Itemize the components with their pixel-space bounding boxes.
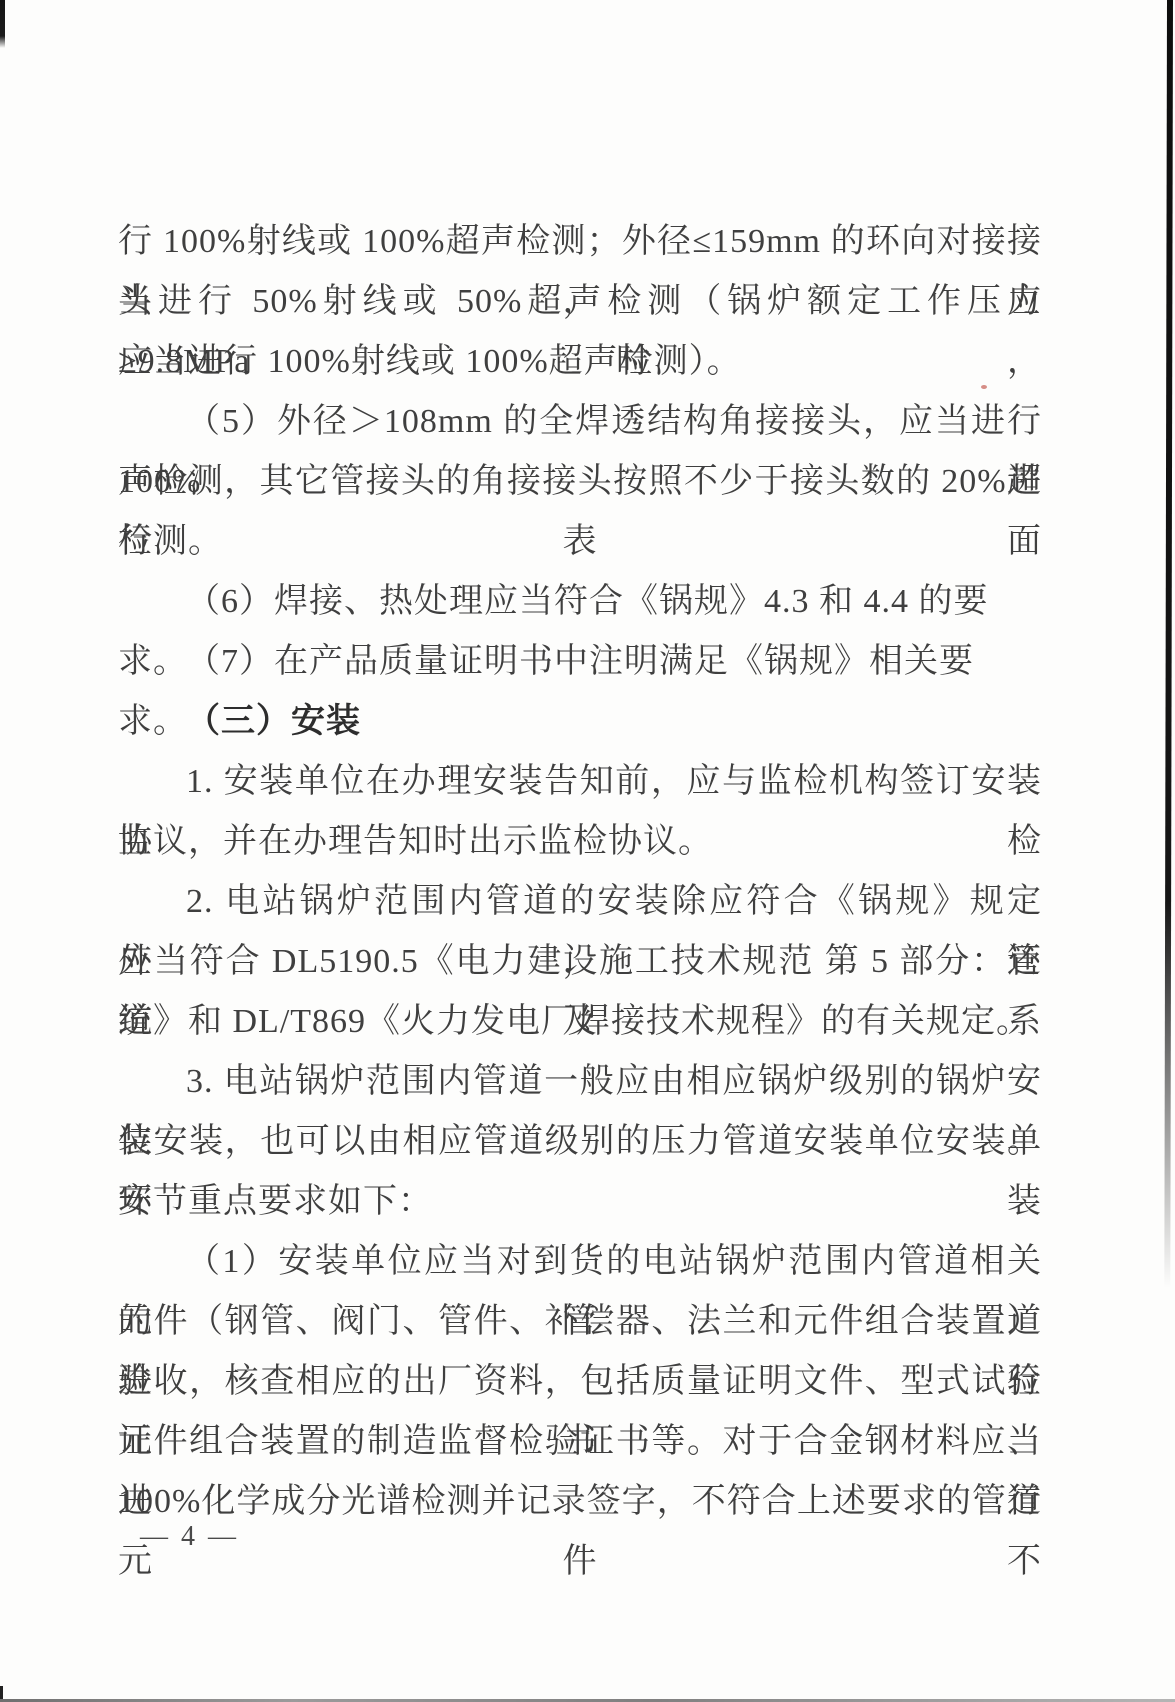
- text-line: 元件（钢管、阀门、管件、补偿器、法兰和元件组合装置）进行: [118, 1292, 1042, 1352]
- text-line: 元件组合装置的制造监督检验证书等。对于合金钢材料应当进行: [118, 1412, 1042, 1472]
- text-line: 统》和 DL/T869《火力发电厂焊接技术规程》的有关规定。: [118, 992, 1042, 1052]
- text-line: 位安装，也可以由相应管道级别的压力管道安装单位安装。安装: [118, 1112, 1042, 1172]
- document-text-block: 行 100%射线或 100%超声检测；外径≤159mm 的环向对接接头，应当进行…: [118, 212, 1042, 1532]
- text-line: （1）安装单位应当对到货的电站锅炉范围内管道相关的管道: [118, 1232, 1042, 1292]
- text-line: （5）外径＞108mm 的全焊透结构角接接头，应当进行 100%超: [118, 392, 1042, 452]
- text-line: 应当符合 DL5190.5《电力建设施工技术规范 第 5 部分：管道及系: [118, 932, 1042, 992]
- text-line: 2. 电站锅炉范围内管道的安装除应符合《锅规》规定外，还: [118, 872, 1042, 932]
- scan-mark-top-left: [0, 0, 5, 48]
- text-line: （6）焊接、热处理应当符合《锅规》4.3 和 4.4 的要求。: [118, 572, 1042, 632]
- text-line: 声检测，其它管接头的角接接头按照不少于接头数的 20%进行表面: [118, 452, 1042, 512]
- section-heading: （三）安装: [118, 692, 1042, 752]
- text-line: 100%化学成分光谱检测并记录签字，不符合上述要求的管道元件不: [118, 1472, 1042, 1532]
- text-line: 当进行 50%射线或 50%超声检测（锅炉额定工作压力≥9.8MPa 时，: [118, 272, 1042, 332]
- text-line: 3. 电站锅炉范围内管道一般应由相应锅炉级别的锅炉安装单: [118, 1052, 1042, 1112]
- text-line: 行 100%射线或 100%超声检测；外径≤159mm 的环向对接接头，应: [118, 212, 1042, 272]
- document-page: 行 100%射线或 100%超声检测；外径≤159mm 的环向对接接头，应当进行…: [0, 0, 1175, 1702]
- scan-edge-strip-right: [1164, 0, 1173, 1288]
- text-line: 验收，核查相应的出厂资料，包括质量证明文件、型式试验证书、: [118, 1352, 1042, 1412]
- page-number: — 4 —: [140, 1520, 239, 1554]
- text-line: 1. 安装单位在办理安装告知前，应与监检机构签订安装监检: [118, 752, 1042, 812]
- text-line: （7）在产品质量证明书中注明满足《锅规》相关要求。: [118, 632, 1042, 692]
